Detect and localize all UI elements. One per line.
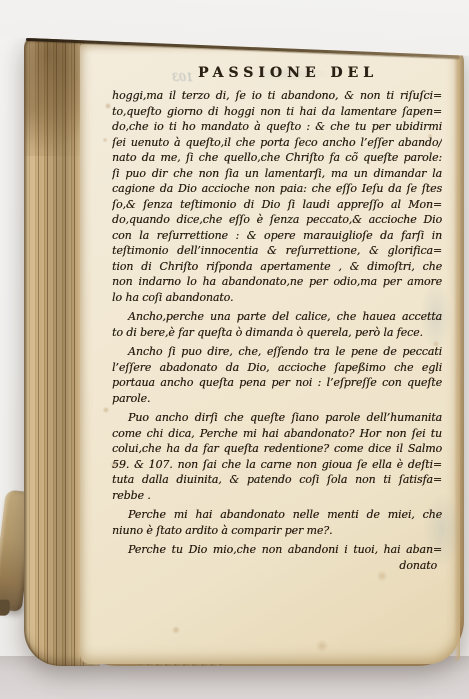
page-right-edge bbox=[454, 48, 460, 662]
text-line: lo ha coſi abandonato. bbox=[112, 290, 442, 306]
text-line: to,queſto giorno di hoggi non ti hai da … bbox=[112, 104, 442, 120]
text-line: con la reſurrettione : & opere marauigli… bbox=[112, 228, 442, 244]
text-line: Puo ancho dirſi che queſte ſiano parole … bbox=[112, 410, 442, 426]
text-line: hoggi,ma il terzo di, ſe io ti abandono,… bbox=[112, 88, 442, 104]
paragraphs-container: hoggi,ma il terzo di, ſe io ti abandono,… bbox=[112, 88, 442, 558]
text-line: Ancho,perche una parte del calice, che h… bbox=[112, 309, 442, 325]
text-line: tuta dalla diuinita, & patendo coſi ſola… bbox=[112, 472, 442, 488]
showthrough-page-number: 103 bbox=[172, 71, 193, 84]
text-line: non indarno lo ha abandonato,ne per odio… bbox=[112, 274, 442, 290]
text-line: do,quando dice,che eſſo è ſenza peccato,… bbox=[112, 212, 442, 228]
photo-scene: 103 PASSIONE DEL hoggi,ma il terzo di, ſ… bbox=[0, 0, 469, 699]
text-line: do,che io ti ho mandato à queſto : & che… bbox=[112, 119, 442, 135]
text-line: teſtimonio dell’innocentia & reſurrettio… bbox=[112, 243, 442, 259]
text-line: tion di Chriſto riſponda apertamente , &… bbox=[112, 259, 442, 275]
text-line: Perche tu Dio mio,che non abandoni i tuo… bbox=[112, 542, 442, 558]
text-line: niuno è ſtato ardito à comparir per me?. bbox=[112, 523, 442, 539]
catchword: donato bbox=[112, 558, 442, 574]
paragraph: Perche tu Dio mio,che non abandoni i tuo… bbox=[112, 542, 442, 558]
text-line: come chi dica, Perche mi hai abandonato?… bbox=[112, 426, 442, 442]
text-line: ſei uenuto à queſto,il che porta ſeco an… bbox=[112, 135, 442, 151]
bookmark-tip bbox=[0, 600, 10, 616]
text-line: portaua ancho queſta pena per noi : l’eſ… bbox=[112, 375, 442, 391]
antique-book: 103 PASSIONE DEL hoggi,ma il terzo di, ſ… bbox=[24, 36, 460, 668]
text-line: colui,che ha da far queſta redentione? c… bbox=[112, 441, 442, 457]
text-line: 59. & 107. non ſai che la carne non giou… bbox=[112, 457, 442, 473]
text-line: to di bere,è far queſta ò dimanda ò quer… bbox=[112, 325, 442, 341]
paragraph: Puo ancho dirſi che queſte ſiano parole … bbox=[112, 410, 442, 503]
text-line: parole. bbox=[112, 391, 442, 407]
paragraph: Ancho ſi puo dire, che, eſſendo tra le p… bbox=[112, 344, 442, 406]
paragraph: Ancho,perche una parte del calice, che h… bbox=[112, 309, 442, 340]
paragraph: Perche mi hai abandonato nelle menti de … bbox=[112, 507, 442, 538]
text-line: nato da me, ſi che quello,che Chriſto fa… bbox=[112, 150, 442, 166]
text-line: ſi puo dir che non ſia un lamentarſi, ma… bbox=[112, 166, 442, 182]
paragraph: hoggi,ma il terzo di, ſe io ti abandono,… bbox=[112, 88, 442, 305]
text-block: hoggi,ma il terzo di, ſe io ti abandono,… bbox=[112, 88, 442, 573]
book-page: 103 PASSIONE DEL hoggi,ma il terzo di, ſ… bbox=[80, 44, 460, 664]
text-line: Perche mi hai abandonato nelle menti de … bbox=[112, 507, 442, 523]
text-line: ſo,& ſenza teſtimonio di Dio ſi laudi ap… bbox=[112, 197, 442, 213]
running-header: PASSIONE DEL bbox=[198, 65, 378, 81]
text-line: cagione da Dio accioche non paia: che eſ… bbox=[112, 181, 442, 197]
text-line: Ancho ſi puo dire, che, eſſendo tra le p… bbox=[112, 344, 442, 360]
text-line: l’eſſere abadonato da Dio, accioche ſape… bbox=[112, 360, 442, 376]
text-line: rebbe . bbox=[112, 488, 442, 504]
